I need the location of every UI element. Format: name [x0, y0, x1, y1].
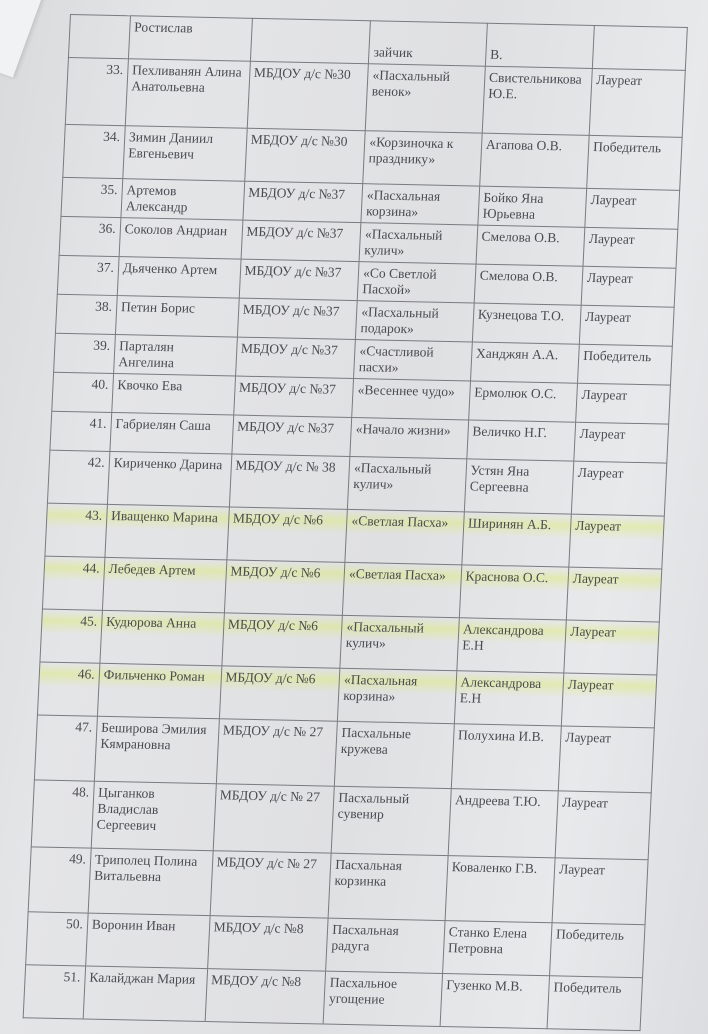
cell-work: «Пасхальный кулич» [348, 456, 467, 511]
cell-teacher: Коваленко Г.В. [445, 856, 555, 923]
cell-org: МБДОУ д/с №8 [205, 969, 326, 1024]
cell-name: Иващенко Марина [105, 504, 229, 560]
cell-result: Лауреат [558, 726, 654, 793]
cell-result: Лауреат [564, 620, 659, 675]
cell-org: МБДОУ д/с №37 [231, 415, 351, 456]
cell-num: 34. [63, 124, 125, 178]
cell-org: МБДОУ д/с №37 [239, 259, 359, 300]
cell-name: Зимин Даниил Евгеньевич [123, 126, 247, 182]
cell-num: 46. [37, 662, 99, 716]
cell-name: Дьяченко Артем [117, 257, 241, 299]
cell-num: 35. [61, 177, 123, 217]
cell-result: Победитель [550, 923, 645, 978]
cell-name: Пехливанян Алина Анатольевна [125, 59, 250, 128]
results-table: Ростислав зайчик В. 33.Пехливанян Алина … [23, 14, 688, 1031]
cell-work: «Весеннее чудо» [352, 379, 470, 420]
cell-teacher: Свистельникова Ю.Е. [482, 66, 592, 135]
cell-result: Лауреат [566, 567, 661, 622]
cell-result: Лауреат [589, 68, 685, 137]
cell-teacher: Краснова О.С. [459, 565, 569, 620]
cell-teacher: Станко Елена Петровна [442, 921, 552, 976]
cell-teacher: Ширинян А.Б. [462, 512, 572, 567]
cell-result: Победитель [547, 976, 642, 1031]
cell-num: 49. [28, 847, 91, 913]
cell-org: МБДОУ д/с №30 [247, 61, 369, 130]
cell-org: МБДОУ д/с №6 [226, 507, 347, 562]
cell-work: «Пасхальный кулич» [359, 223, 477, 264]
cell-org: МБДОУ д/с №6 [221, 613, 342, 668]
cell-teacher: Александрова Е.Н [454, 671, 564, 726]
cell-result: Лауреат [579, 305, 674, 346]
cell-teacher: В. [485, 23, 594, 68]
cell-work: Пасхальные кружева [335, 721, 455, 788]
cell-work: «Пасхальный кулич» [340, 615, 459, 670]
cell-teacher: Агапова О.В. [479, 133, 589, 188]
cell-teacher: Александрова Е.Н [457, 618, 567, 673]
cell-work: зайчик [369, 21, 488, 66]
cell-num: 44. [42, 556, 104, 610]
cell-num: 41. [50, 411, 112, 451]
cell-name: Лебедев Артем [102, 557, 226, 613]
cell-work: «Пасхальная корзина» [338, 668, 457, 723]
cell-name: Кудюрова Анна [100, 610, 224, 666]
cell-name: Фильченко Роман [97, 663, 221, 719]
cell-work: Пасхальное угощение [323, 971, 442, 1026]
cell-name: Калайджан Мария [83, 966, 207, 1022]
cell-org [250, 18, 371, 63]
cell-teacher: Смелова О.В. [474, 264, 583, 305]
cell-teacher: Андреева Т.Ю. [448, 789, 558, 858]
cell-result: Лауреат [574, 422, 669, 463]
cell-work: «Начало жизни» [350, 417, 468, 458]
cell-work: «Пасхальный венок» [365, 64, 485, 133]
cell-name: Парталян Ангелина [113, 335, 237, 377]
results-document: Ростислав зайчик В. 33.Пехливанян Алина … [23, 14, 690, 1031]
cell-num: 45. [40, 609, 102, 663]
cell-num: 43. [45, 503, 107, 557]
cell-num: 38. [55, 294, 117, 334]
cell-work: Пасхальная корзинка [328, 853, 448, 920]
table-row: 33.Пехливанян Алина АнатольевнаМБДОУ д/с… [65, 57, 685, 137]
cell-result: Лауреат [552, 858, 648, 925]
cell-work: «Корзиночка к празднику» [363, 131, 482, 186]
cell-org: МБДОУ д/с №30 [244, 128, 365, 183]
cell-teacher: Кузнецова Т.О. [472, 303, 581, 344]
cell-num: 36. [59, 216, 121, 256]
cell-num: 48. [31, 780, 94, 848]
cell-teacher: Бойко Яна Юрьевна [478, 186, 587, 227]
adjacent-page-corner [0, 0, 44, 78]
cell-work: «Светлая Пасха» [345, 509, 464, 564]
cell-num: 42. [47, 450, 109, 504]
cell-name: Кириченко Дарина [107, 451, 231, 507]
cell-work: «Со Светлой Пасхой» [357, 262, 475, 303]
cell-result: Лауреат [561, 673, 656, 728]
cell-num: 33. [65, 57, 128, 125]
cell-num: 37. [57, 255, 119, 295]
cell-org: МБДОУ д/с № 27 [216, 719, 338, 786]
cell-org: МБДОУ д/с №6 [219, 666, 340, 721]
cell-num: 47. [34, 715, 97, 781]
cell-org: МБДОУ д/с №37 [235, 337, 355, 378]
cell-name: Ростислав [128, 16, 252, 62]
cell-num: 40. [52, 372, 114, 412]
cell-num: 39. [54, 333, 116, 373]
cell-org: МБДОУ д/с №37 [233, 376, 353, 417]
cell-name: Соколов Андриан [119, 218, 243, 260]
cell-name: Артемов Александр [121, 179, 245, 221]
cell-teacher: Ермолюк О.С. [468, 381, 577, 422]
cell-org: МБДОУ д/с №8 [207, 916, 328, 971]
cell-name: Петин Борис [115, 296, 239, 338]
cell-num: 50. [26, 912, 88, 966]
cell-work: «Светлая Пасха» [343, 562, 462, 617]
cell-result: Победитель [578, 344, 673, 385]
cell-org: МБДОУ д/с №37 [242, 181, 362, 222]
cell-org: МБДОУ д/с № 27 [213, 784, 335, 853]
cell-num: 51. [23, 965, 85, 1019]
cell-result: Лауреат [583, 227, 678, 268]
cell-result: Победитель [587, 135, 682, 190]
cell-result: Лауреат [576, 383, 671, 424]
cell-teacher: Смелова О.В. [476, 225, 585, 266]
cell-org: МБДОУ д/с № 27 [210, 851, 332, 918]
cell-name: Воронин Иван [85, 913, 209, 969]
table-row: 48.Цыганков Владислав СергеевичМБДОУ д/с… [31, 780, 651, 860]
cell-work: «Пасхальный подарок» [356, 301, 474, 342]
cell-teacher: Полухина И.В. [451, 724, 561, 791]
cell-org: МБДОУ д/с №37 [237, 298, 357, 339]
cell-teacher: Ханджян А.А. [470, 342, 579, 383]
cell-result [592, 25, 687, 70]
cell-work: Пасхальная радуга [326, 918, 445, 973]
cell-num [68, 15, 130, 59]
cell-name: Габриелян Саша [110, 412, 234, 454]
cell-work: «Счастливой пасхи» [354, 340, 472, 381]
cell-result: Лауреат [581, 266, 676, 307]
cell-work: Пасхальный сувенир [331, 786, 451, 855]
cell-work: «Пасхальная корзина» [361, 184, 479, 225]
cell-teacher: Устян Яна Сергеевна [464, 459, 574, 514]
cell-teacher: Величко Н.Г. [467, 420, 576, 461]
cell-result: Лауреат [569, 514, 664, 569]
cell-result: Лауреат [571, 461, 666, 516]
cell-name: Беширова Эмилия Кямрановна [94, 716, 219, 783]
cell-org: МБДОУ д/с № 38 [229, 454, 350, 509]
cell-name: Цыганков Владислав Сергеевич [91, 781, 216, 850]
cell-name: Квочко Ева [112, 373, 236, 415]
cell-result: Лауреат [585, 188, 680, 229]
cell-teacher: Гузенко М.В. [440, 974, 550, 1029]
cell-name: Триполец Полина Витальевна [88, 848, 213, 915]
cell-org: МБДОУ д/с №37 [241, 220, 361, 261]
cell-org: МБДОУ д/с №6 [224, 560, 345, 615]
cell-result: Лауреат [555, 791, 651, 860]
